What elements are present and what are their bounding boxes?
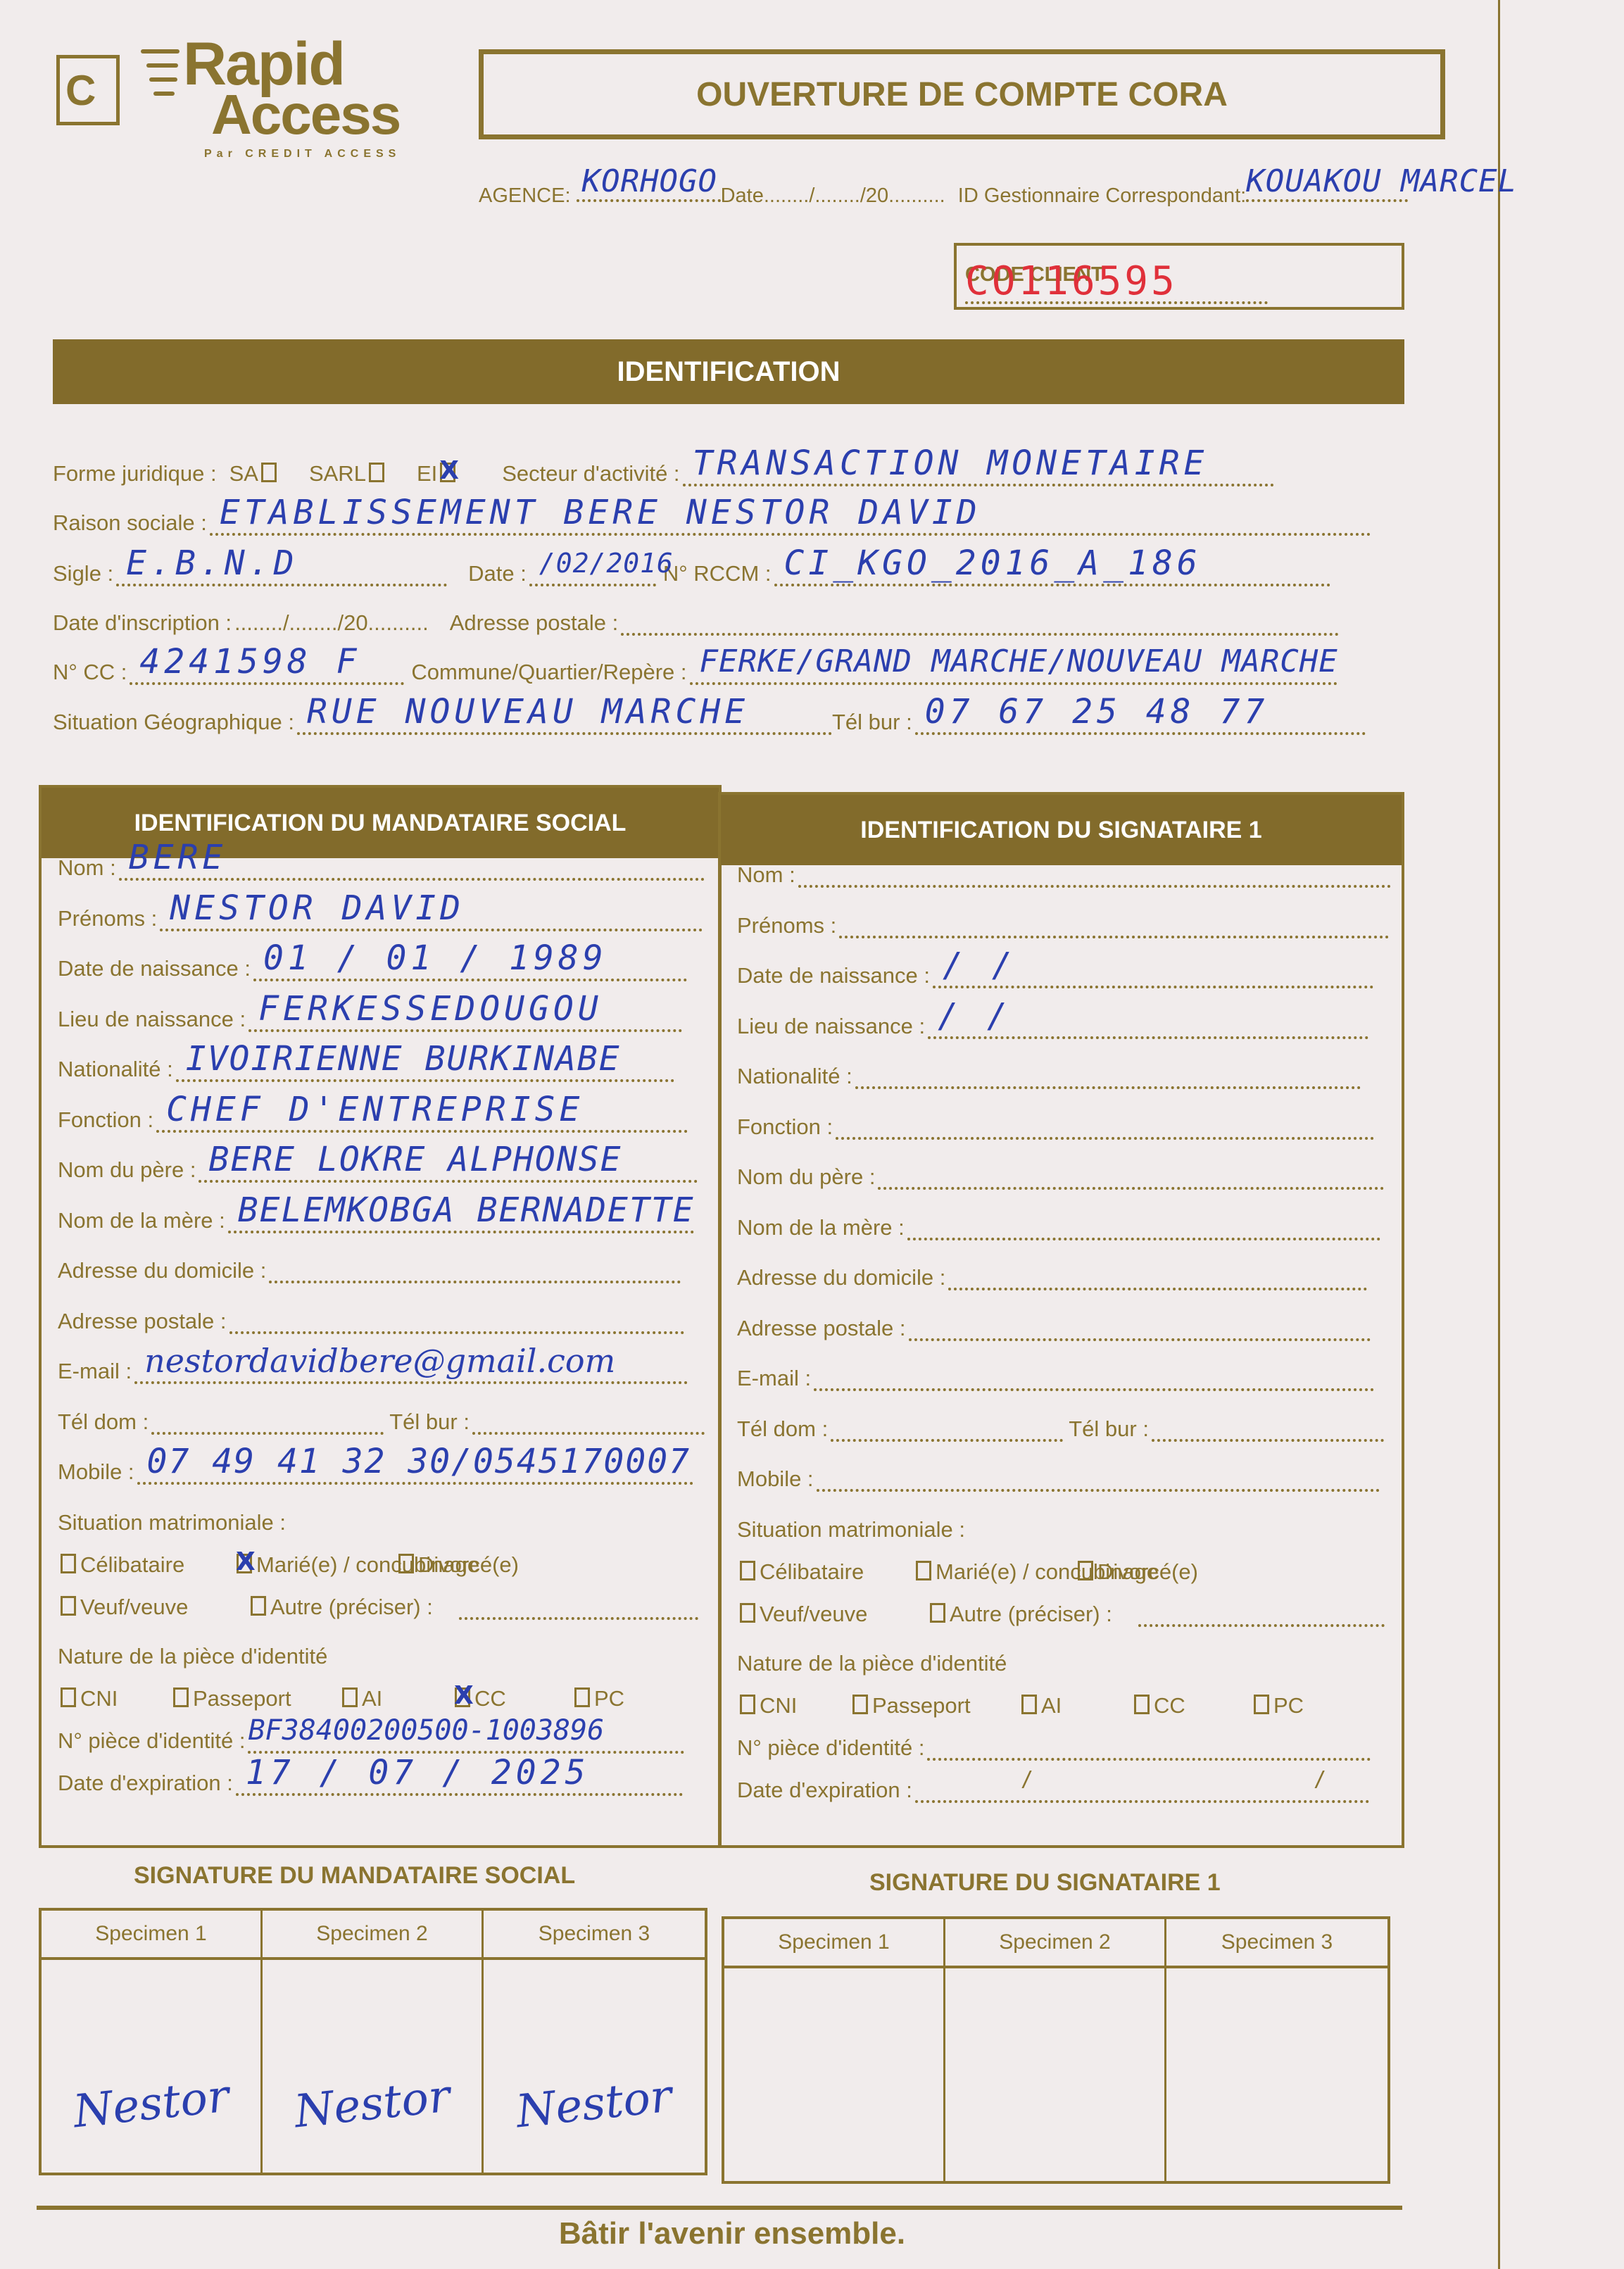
mandataire-field-value: BERE bbox=[129, 840, 227, 875]
date-creation-value: /02/2016 bbox=[539, 546, 674, 581]
signataire-expiration-row: Date d'expiration :/ / bbox=[737, 1778, 1369, 1803]
signataire-field-value: / / bbox=[943, 948, 1016, 983]
signataire-field-input[interactable]: / / bbox=[933, 983, 1373, 988]
situation-option-label: Autre (préciser) : bbox=[950, 1602, 1112, 1626]
tel-dom-label: Tél dom : bbox=[58, 1409, 149, 1435]
mandataire-specimen-3-header: Specimen 3 bbox=[484, 1911, 705, 1960]
mandataire-field-input[interactable] bbox=[229, 1328, 685, 1334]
signataire-mobile-row: Mobile : bbox=[737, 1466, 1380, 1492]
gestionnaire-field[interactable]: KOUAKOU MARCEL bbox=[1246, 199, 1408, 202]
mandataire-row-4: Nationalité :IVOIRIENNE BURKINABE bbox=[58, 1057, 674, 1082]
signataire-row-4: Nationalité : bbox=[737, 1064, 1361, 1089]
mandataire-row-6: Nom du père :BERE LOKRE ALPHONSE bbox=[58, 1157, 698, 1183]
secteur-field[interactable]: TRANSACTION MONETAIRE bbox=[683, 481, 1274, 486]
forme-sarl-checkbox[interactable] bbox=[369, 463, 384, 482]
mandataire-field-input[interactable]: nestordavidbere@gmail.com bbox=[134, 1378, 688, 1384]
date-inscription-label: Date d'inscription : bbox=[53, 610, 232, 636]
signataire-field-label: Nom : bbox=[737, 862, 795, 888]
date-field[interactable]: ......../......../20.......... bbox=[764, 184, 945, 207]
forme-sarl-option[interactable]: SARL bbox=[309, 461, 389, 486]
signataire-piece-label-row: Nature de la pièce d'identité bbox=[737, 1651, 1007, 1676]
situation-option-label: Divorcé(e) bbox=[1097, 1559, 1198, 1584]
gestionnaire-value: KOUAKOU MARCEL bbox=[1246, 163, 1517, 199]
expiration-value: 17 / 07 / 2025 bbox=[246, 1755, 590, 1790]
signataire-piece-options-row: CNIPasseportAICCPC bbox=[737, 1693, 1392, 1718]
situation-geo-field[interactable]: RUE NOUVEAU MARCHE bbox=[297, 729, 832, 735]
ncc-label: N° CC : bbox=[53, 660, 127, 685]
mandataire-row-9: Adresse postale : bbox=[58, 1309, 684, 1334]
signataire-field-label: Nom du père : bbox=[737, 1164, 875, 1190]
piece-option-label: CNI bbox=[760, 1693, 797, 1718]
signataire-field-label: Lieu de naissance : bbox=[737, 1014, 925, 1039]
signataire-row-2: Date de naissance :/ / bbox=[737, 963, 1373, 988]
mandataire-field-value: BELEMKOBGA BERNADETTE bbox=[238, 1193, 695, 1228]
piece-checkbox[interactable] bbox=[342, 1687, 358, 1707]
piece-option[interactable]: CNI bbox=[737, 1693, 797, 1718]
mandataire-field-value: nestordavidbere@gmail.com bbox=[144, 1343, 615, 1378]
ncc-field[interactable]: 4241598 F bbox=[130, 679, 404, 685]
piece-option-label: AI bbox=[1041, 1693, 1062, 1718]
adresse-postale-label: Adresse postale : bbox=[450, 610, 619, 636]
date-inscription-row: Date d'inscription : ......../......../2… bbox=[53, 610, 1339, 636]
expiration-label: Date d'expiration : bbox=[58, 1771, 233, 1796]
signataire-field-input[interactable] bbox=[909, 1335, 1371, 1341]
piece-checkbox[interactable] bbox=[61, 1687, 76, 1707]
piece-option[interactable]: Passeport bbox=[170, 1686, 291, 1711]
mandataire-signature-title: SIGNATURE DU MANDATAIRE SOCIAL bbox=[134, 1862, 575, 1890]
mandataire-field-value: BERE LOKRE ALPHONSE bbox=[208, 1142, 622, 1177]
expiration-value: / / bbox=[1021, 1762, 1460, 1797]
brand-line1: Rapid bbox=[183, 39, 401, 89]
signataire-row-0: Nom : bbox=[737, 862, 1391, 888]
situation-checkbox[interactable] bbox=[61, 1554, 76, 1573]
raison-sociale-label: Raison sociale : bbox=[53, 510, 207, 536]
piece-option[interactable]: CC bbox=[452, 1686, 506, 1711]
signataire-tel-row: Tél dom :Tél bur : bbox=[737, 1416, 1384, 1442]
mandataire-field-value: CHEF D'ENTREPRISE bbox=[166, 1092, 584, 1127]
signataire-field-label: Adresse du domicile : bbox=[737, 1265, 945, 1290]
signataire-field-label: Nationalité : bbox=[737, 1064, 852, 1089]
tel-bur-value: 07 67 25 48 77 bbox=[925, 694, 1269, 729]
adresse-postale-field[interactable] bbox=[621, 630, 1339, 636]
piece-checkbox[interactable] bbox=[455, 1687, 470, 1707]
speed-lines-icon bbox=[141, 49, 180, 106]
tel-bur-field[interactable] bbox=[472, 1429, 705, 1435]
mandataire-field-input[interactable]: NESTOR DAVID bbox=[160, 926, 703, 931]
signataire-field-label: E-mail : bbox=[737, 1366, 811, 1391]
signataire-specimen-2-header: Specimen 2 bbox=[945, 1919, 1166, 1968]
piece-checkbox[interactable] bbox=[1134, 1695, 1150, 1714]
signataire-specimen-1-cell[interactable] bbox=[724, 1968, 945, 2181]
mandataire-specimen-2-cell[interactable]: Nestor bbox=[263, 1960, 484, 2173]
forme-ei-checkbox[interactable] bbox=[440, 463, 455, 482]
header-meta-line: AGENCE: KORHOGO Date......../......../20… bbox=[479, 184, 1408, 208]
code-client-box: CODE CLIENT CO116595 bbox=[954, 243, 1404, 310]
mandataire-tel-row: Tél dom :Tél bur : bbox=[58, 1409, 705, 1435]
mandataire-field-label: Nationalité : bbox=[58, 1057, 173, 1082]
situation-option[interactable]: Autre (préciser) : bbox=[248, 1595, 433, 1620]
mandataire-specimen-2-header: Specimen 2 bbox=[263, 1911, 484, 1960]
ncc-row: N° CC : 4241598 F Commune/Quartier/Repèr… bbox=[53, 660, 1337, 685]
piece-option-label: CC bbox=[1154, 1693, 1185, 1718]
sigle-field[interactable]: E.B.N.D bbox=[116, 581, 447, 586]
piece-option-label: PC bbox=[1273, 1693, 1304, 1718]
mobile-value: 07 49 41 32 30/0545170007 bbox=[147, 1444, 691, 1479]
piece-option[interactable]: Passeport bbox=[850, 1693, 971, 1718]
signataire-specimen-table: Specimen 1 Specimen 2 Specimen 3 bbox=[722, 1916, 1390, 2184]
piece-checkbox[interactable] bbox=[1254, 1695, 1269, 1714]
signataire-row-9: Adresse postale : bbox=[737, 1316, 1371, 1341]
mandataire-row-5: Fonction :CHEF D'ENTREPRISE bbox=[58, 1107, 688, 1133]
mobile-label: Mobile : bbox=[737, 1466, 814, 1492]
piece-option[interactable]: AI bbox=[339, 1686, 382, 1711]
mandataire-field-input[interactable]: BELEMKOBGA BERNADETTE bbox=[228, 1228, 694, 1233]
situation-checkbox[interactable] bbox=[930, 1603, 945, 1623]
piece-option-label: Passeport bbox=[872, 1693, 971, 1718]
piece-checkbox[interactable] bbox=[173, 1687, 189, 1707]
mandataire-field-input[interactable]: BERE LOKRE ALPHONSE bbox=[199, 1177, 698, 1183]
expiration-field[interactable]: 17 / 07 / 2025 bbox=[236, 1790, 683, 1796]
mandataire-field-input[interactable]: BERE bbox=[119, 875, 705, 881]
page-margin-rule bbox=[1498, 0, 1500, 2269]
signataire-field-input[interactable] bbox=[839, 933, 1389, 938]
footer-tagline: Bâtir l'avenir ensemble. bbox=[0, 2216, 1464, 2251]
situation-option-label: Célibataire bbox=[760, 1559, 864, 1584]
mandataire-field-label: Lieu de naissance : bbox=[58, 1007, 246, 1032]
mandataire-field-label: Nom du père : bbox=[58, 1157, 196, 1183]
tel-dom-field[interactable] bbox=[831, 1436, 1063, 1442]
signature-mark: Nestor bbox=[70, 2070, 231, 2139]
piece-option-label: PC bbox=[594, 1686, 624, 1711]
situation-option-label: Veuf/veuve bbox=[760, 1602, 867, 1626]
footer-divider bbox=[37, 2206, 1402, 2210]
situation-option[interactable]: Veuf/veuve bbox=[737, 1602, 867, 1627]
situation-checkbox[interactable] bbox=[740, 1561, 755, 1580]
signataire-row-1: Prénoms : bbox=[737, 913, 1389, 938]
mandataire-field-label: Nom : bbox=[58, 855, 116, 881]
situation-option[interactable]: Célibataire bbox=[737, 1559, 864, 1585]
signataire-signature-title: SIGNATURE DU SIGNATAIRE 1 bbox=[869, 1869, 1221, 1897]
situation-checkbox[interactable] bbox=[916, 1561, 931, 1580]
tel-bur-label: Tél bur : bbox=[1069, 1416, 1149, 1442]
signataire-row-6: Nom du père : bbox=[737, 1164, 1384, 1190]
mandataire-row-3: Lieu de naissance :FERKESSEDOUGOU bbox=[58, 1007, 682, 1032]
signataire-specimen-3-header: Specimen 3 bbox=[1166, 1919, 1387, 1968]
mandataire-situation-options-row: Veuf/veuveAutre (préciser) : bbox=[58, 1595, 705, 1620]
signature-mark: Nestor bbox=[514, 2070, 674, 2139]
tel-bur-field[interactable] bbox=[1152, 1436, 1384, 1442]
mandataire-specimen-1-header: Specimen 1 bbox=[42, 1911, 263, 1960]
situation-option-label: Célibataire bbox=[80, 1552, 184, 1577]
mandataire-field-input[interactable]: CHEF D'ENTREPRISE bbox=[156, 1127, 688, 1133]
situation-option-label: Veuf/veuve bbox=[80, 1595, 188, 1619]
date-creation-label: Date : bbox=[468, 561, 527, 586]
forme-juridique-row: Forme juridique : SA SARL EI Secteur d'a… bbox=[53, 461, 1274, 486]
signataire-field-label: Fonction : bbox=[737, 1114, 833, 1140]
signataire-situation-options-row: CélibataireMarié(e) / concubinageDivorcé… bbox=[737, 1559, 1392, 1585]
piece-checkbox[interactable] bbox=[852, 1695, 868, 1714]
signataire-field-input[interactable] bbox=[836, 1134, 1374, 1140]
situation-checkbox[interactable] bbox=[1078, 1561, 1093, 1580]
identification-section-header: IDENTIFICATION bbox=[53, 339, 1404, 404]
brand-sub: Par CREDIT ACCESS bbox=[204, 147, 401, 161]
mandataire-field-label: Nom de la mère : bbox=[58, 1208, 225, 1233]
raison-sociale-value: ETABLISSEMENT BERE NESTOR DAVID bbox=[220, 495, 981, 530]
brand-line2: Access bbox=[211, 89, 401, 140]
situation-checkbox[interactable] bbox=[251, 1596, 266, 1616]
piece-identite-label: Nature de la pièce d'identité bbox=[58, 1644, 327, 1669]
forme-sa-checkbox[interactable] bbox=[261, 463, 277, 482]
piece-option[interactable]: CNI bbox=[58, 1686, 118, 1711]
signataire-specimen-1-header: Specimen 1 bbox=[724, 1919, 945, 1968]
ncc-value: 4241598 F bbox=[139, 644, 360, 679]
signataire-section-header: IDENTIFICATION DU SIGNATAIRE 1 bbox=[721, 795, 1402, 865]
raison-sociale-row: Raison sociale : ETABLISSEMENT BERE NEST… bbox=[53, 510, 1371, 536]
tel-dom-label: Tél dom : bbox=[737, 1416, 828, 1442]
forme-ei-option[interactable]: EI bbox=[417, 461, 460, 486]
forme-sa-label: SA bbox=[229, 461, 258, 486]
forme-sa-option[interactable]: SA bbox=[229, 461, 281, 486]
rccm-label: N° RCCM : bbox=[663, 561, 772, 586]
secteur-label: Secteur d'activité : bbox=[502, 461, 679, 486]
signataire-field-label: Adresse postale : bbox=[737, 1316, 906, 1341]
situation-checkbox[interactable] bbox=[61, 1596, 76, 1616]
piece-option[interactable]: CC bbox=[1131, 1693, 1185, 1718]
mobile-field[interactable] bbox=[817, 1486, 1380, 1492]
signataire-field-input[interactable] bbox=[814, 1385, 1374, 1391]
mandataire-field-label: E-mail : bbox=[58, 1359, 132, 1384]
sigle-label: Sigle : bbox=[53, 561, 113, 586]
piece-checkbox[interactable] bbox=[740, 1695, 755, 1714]
situation-checkbox[interactable] bbox=[740, 1603, 755, 1623]
signature-mark: Nestor bbox=[291, 2070, 452, 2139]
situation-checkbox[interactable] bbox=[237, 1554, 252, 1573]
forme-sarl-label: SARL bbox=[309, 461, 366, 486]
forme-juridique-label: Forme juridique : bbox=[53, 461, 217, 486]
signataire-field-input[interactable] bbox=[798, 882, 1392, 888]
ca-monogram-icon: C bbox=[56, 55, 120, 125]
signataire-specimen-2-cell[interactable] bbox=[945, 1968, 1166, 2181]
signataire-field-label: Nom de la mère : bbox=[737, 1215, 905, 1240]
situation-option-label: Divorcé(e) bbox=[418, 1552, 519, 1577]
commune-label: Commune/Quartier/Repère : bbox=[411, 660, 686, 685]
mandataire-field-label: Prénoms : bbox=[58, 906, 157, 931]
piece-option[interactable]: PC bbox=[572, 1686, 624, 1711]
piece-identite-label: Nature de la pièce d'identité bbox=[737, 1651, 1007, 1676]
mandataire-field-value: NESTOR DAVID bbox=[170, 891, 465, 926]
gestionnaire-label: ID Gestionnaire Correspondant: bbox=[958, 184, 1246, 207]
mandataire-expiration-row: Date d'expiration :17 / 07 / 2025 bbox=[58, 1771, 683, 1796]
signataire-field-value: / / bbox=[938, 998, 1012, 1033]
signataire-row-3: Lieu de naissance :/ / bbox=[737, 1014, 1368, 1039]
mandataire-field-input[interactable]: IVOIRIENNE BURKINABE bbox=[176, 1076, 675, 1082]
mandataire-row-2: Date de naissance :01 / 01 / 1989 bbox=[58, 956, 687, 981]
situation-matrimoniale-label: Situation matrimoniale : bbox=[58, 1510, 286, 1535]
sigle-value: E.B.N.D bbox=[126, 546, 298, 581]
situation-option[interactable]: Divorcé(e) bbox=[396, 1552, 519, 1578]
piece-option-label: CC bbox=[474, 1686, 506, 1711]
num-piece-value: BF38400200500-1003896 bbox=[248, 1713, 604, 1748]
brand-logo: Rapid Access Par CREDIT ACCESS bbox=[183, 39, 401, 161]
mandataire-situation-options-row: CélibataireMarié(e) / concubinageDivorcé… bbox=[58, 1552, 705, 1578]
piece-checkbox[interactable] bbox=[574, 1687, 590, 1707]
signataire-field-input[interactable]: / / bbox=[928, 1033, 1368, 1039]
signataire-row-7: Nom de la mère : bbox=[737, 1215, 1380, 1240]
mandataire-row-0: Nom :BERE bbox=[58, 855, 705, 881]
situation-option-label: Autre (préciser) : bbox=[270, 1595, 433, 1619]
mandataire-row-10: E-mail :nestordavidbere@gmail.com bbox=[58, 1359, 688, 1384]
tel-bur-field[interactable]: 07 67 25 48 77 bbox=[915, 729, 1366, 735]
tel-bur-label: Tél bur : bbox=[389, 1409, 470, 1435]
piece-option-label: AI bbox=[362, 1686, 382, 1711]
tel-bur-label: Tél bur : bbox=[832, 710, 912, 735]
situation-geo-value: RUE NOUVEAU MARCHE bbox=[307, 694, 749, 729]
mandataire-row-1: Prénoms :NESTOR DAVID bbox=[58, 906, 703, 931]
mandataire-field-input[interactable]: 01 / 01 / 1989 bbox=[253, 976, 687, 981]
signataire-num-piece-row: N° pièce d'identité : bbox=[737, 1735, 1371, 1761]
situation-option[interactable]: Divorcé(e) bbox=[1075, 1559, 1198, 1585]
autre-preciser-field[interactable] bbox=[1138, 1621, 1385, 1627]
mandataire-num-piece-row: N° pièce d'identité :BF38400200500-10038… bbox=[58, 1728, 684, 1754]
agence-field[interactable]: KORHOGO bbox=[577, 199, 721, 202]
situation-geo-row: Situation Géographique : RUE NOUVEAU MAR… bbox=[53, 710, 1366, 735]
mandataire-row-7: Nom de la mère :BELEMKOBGA BERNADETTE bbox=[58, 1208, 694, 1233]
num-piece-field[interactable] bbox=[927, 1755, 1371, 1761]
num-piece-label: N° pièce d'identité : bbox=[58, 1728, 245, 1754]
mandataire-field-value: FERKESSEDOUGOU bbox=[258, 991, 603, 1026]
forme-ei-label: EI bbox=[417, 461, 437, 486]
commune-value: FERKE/GRAND MARCHE/NOUVEAU MARCHE bbox=[700, 644, 1338, 679]
signataire-row-10: E-mail : bbox=[737, 1366, 1374, 1391]
mandataire-field-label: Adresse du domicile : bbox=[58, 1258, 266, 1283]
signataire-field-input[interactable] bbox=[948, 1285, 1367, 1290]
mandataire-field-label: Fonction : bbox=[58, 1107, 153, 1133]
rccm-value: CI_KGO_2016_A_186 bbox=[784, 546, 1202, 581]
sigle-row: Sigle : E.B.N.D Date : /02/2016 N° RCCM … bbox=[53, 561, 1330, 586]
agence-label: AGENCE: bbox=[479, 184, 571, 207]
signataire-field-input[interactable] bbox=[855, 1083, 1361, 1089]
signataire-field-label: Date de naissance : bbox=[737, 963, 930, 988]
agence-value: KORHOGO bbox=[582, 163, 717, 199]
date-creation-field[interactable]: /02/2016 bbox=[529, 581, 656, 586]
situation-option[interactable]: Célibataire bbox=[58, 1552, 184, 1578]
situation-matrimoniale-label: Situation matrimoniale : bbox=[737, 1517, 965, 1542]
signataire-specimen-3-cell[interactable] bbox=[1166, 1968, 1387, 2181]
rccm-field[interactable]: CI_KGO_2016_A_186 bbox=[774, 581, 1330, 586]
mandataire-specimen-1-cell[interactable]: Nestor bbox=[42, 1960, 263, 2173]
situation-checkbox[interactable] bbox=[398, 1554, 414, 1573]
raison-sociale-field[interactable]: ETABLISSEMENT BERE NESTOR DAVID bbox=[210, 530, 1371, 536]
date-inscription-field[interactable]: ......../......../20.......... bbox=[234, 610, 429, 636]
mandataire-field-value: IVOIRIENNE BURKINABE bbox=[186, 1041, 621, 1076]
situation-geo-label: Situation Géographique : bbox=[53, 710, 294, 735]
code-client-value: CO116595 bbox=[965, 258, 1178, 304]
mobile-label: Mobile : bbox=[58, 1459, 134, 1485]
mandataire-field-value: 01 / 01 / 1989 bbox=[263, 941, 608, 976]
piece-option[interactable]: PC bbox=[1251, 1693, 1304, 1718]
mandataire-mobile-row: Mobile :07 49 41 32 30/0545170007 bbox=[58, 1459, 693, 1485]
expiration-field[interactable]: / / bbox=[915, 1797, 1369, 1803]
piece-option-label: Passeport bbox=[193, 1686, 291, 1711]
piece-option[interactable]: AI bbox=[1019, 1693, 1062, 1718]
mandataire-piece-label-row: Nature de la pièce d'identité bbox=[58, 1644, 327, 1669]
signataire-situation-label-row: Situation matrimoniale : bbox=[737, 1517, 965, 1542]
mandataire-specimen-table: Specimen 1 Specimen 2 Specimen 3 Nestor … bbox=[39, 1908, 707, 2175]
mandataire-specimen-3-cell[interactable]: Nestor bbox=[484, 1960, 705, 2173]
secteur-value: TRANSACTION MONETAIRE bbox=[693, 446, 1209, 481]
piece-option-label: CNI bbox=[80, 1686, 118, 1711]
date-label: Date bbox=[721, 184, 764, 207]
mandataire-field-input[interactable]: FERKESSEDOUGOU bbox=[248, 1026, 682, 1032]
mandataire-field-label: Date de naissance : bbox=[58, 956, 251, 981]
form-title: OUVERTURE DE COMPTE CORA bbox=[479, 49, 1445, 139]
code-client-field[interactable]: CO116595 bbox=[965, 301, 1268, 304]
mandataire-situation-label-row: Situation matrimoniale : bbox=[58, 1510, 286, 1535]
mandataire-row-8: Adresse du domicile : bbox=[58, 1258, 681, 1283]
piece-checkbox[interactable] bbox=[1021, 1695, 1037, 1714]
signataire-field-input[interactable] bbox=[907, 1235, 1380, 1240]
mandataire-field-input[interactable] bbox=[269, 1278, 681, 1283]
mobile-field[interactable]: 07 49 41 32 30/0545170007 bbox=[137, 1479, 693, 1485]
autre-preciser-field[interactable] bbox=[459, 1614, 698, 1620]
signataire-field-label: Prénoms : bbox=[737, 913, 836, 938]
mandataire-field-label: Adresse postale : bbox=[58, 1309, 227, 1334]
signataire-row-5: Fonction : bbox=[737, 1114, 1374, 1140]
mandataire-piece-options-row: CNIPasseportAICCPC bbox=[58, 1686, 705, 1711]
situation-option[interactable]: Autre (préciser) : bbox=[927, 1602, 1112, 1627]
signataire-field-input[interactable] bbox=[878, 1184, 1384, 1190]
commune-field[interactable]: FERKE/GRAND MARCHE/NOUVEAU MARCHE bbox=[690, 679, 1337, 685]
situation-option[interactable]: Veuf/veuve bbox=[58, 1595, 188, 1620]
signataire-situation-options-row: Veuf/veuveAutre (préciser) : bbox=[737, 1602, 1392, 1627]
expiration-label: Date d'expiration : bbox=[737, 1778, 912, 1803]
tel-dom-field[interactable] bbox=[151, 1429, 384, 1435]
signataire-row-8: Adresse du domicile : bbox=[737, 1265, 1367, 1290]
num-piece-label: N° pièce d'identité : bbox=[737, 1735, 924, 1761]
